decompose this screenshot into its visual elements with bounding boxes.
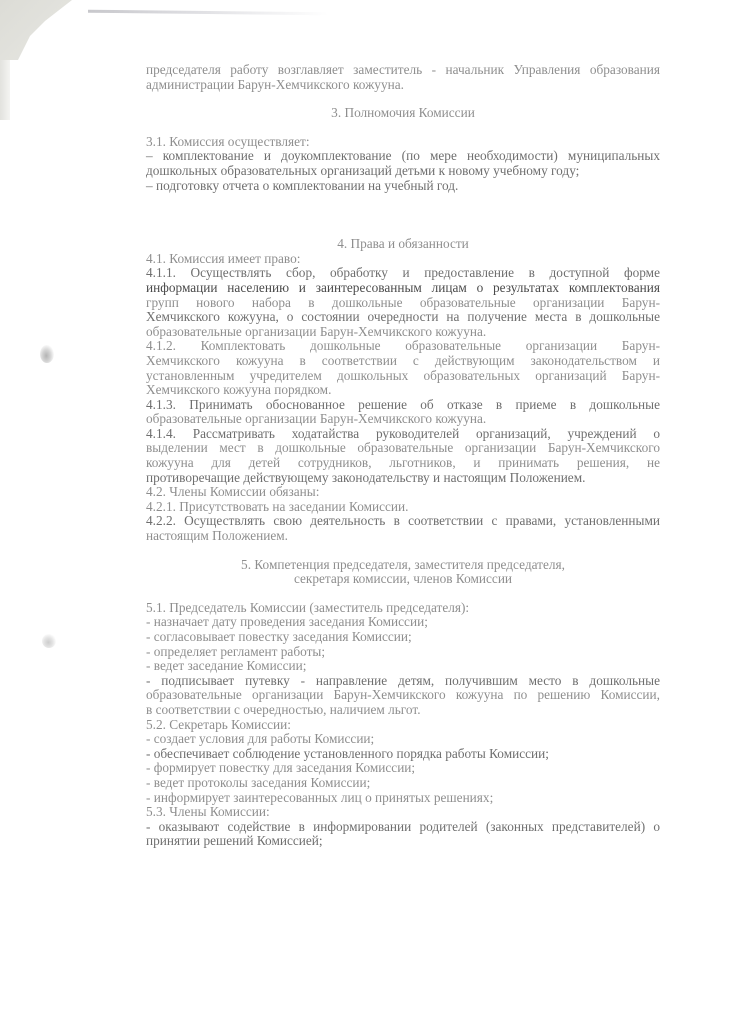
section-4-line-16: противоречащие действующему законодатель…: [146, 471, 660, 486]
section-4-line-20: настоящим Положением.: [146, 529, 660, 544]
section-5-line-6: - подписывает путевку - направление детя…: [146, 674, 660, 689]
section-4-line-2: 4.1.1. Осуществлять сбор, обработку и пр…: [146, 266, 660, 281]
section-4-line-17: 4.2. Члены Комиссии обязаны:: [146, 485, 660, 500]
section-5-line-13: - ведет протоколы заседания Комиссии;: [146, 776, 660, 791]
section-5-line-8: в соответствии с очередностью, наличием …: [146, 703, 660, 718]
section-4-line-1: 4.1. Комиссия имеет право:: [146, 252, 660, 267]
punch-hole-mark-lower: [42, 634, 56, 648]
section-5-heading-line-1: 5. Компетенция председателя, заместителя…: [146, 558, 660, 573]
section-5-line-17: принятии решений Комиссией;: [146, 834, 660, 849]
section-5-line-2: - назначает дату проведения заседания Ко…: [146, 615, 660, 630]
section-5-line-12: - формирует повестку для заседания Комис…: [146, 761, 660, 776]
section-5-line-14: - информирует заинтересованных лиц о при…: [146, 791, 660, 806]
section-4-heading: 4. Права и обязанности: [146, 237, 660, 252]
section-4-line-11: 4.1.3. Принимать обоснованное решение об…: [146, 398, 660, 413]
section-5-line-7: образовательные организации Барун-Хемчик…: [146, 688, 660, 703]
section-5-line-1: 5.1. Председатель Комиссии (заместитель …: [146, 601, 660, 616]
section-5-heading-line-2: секретаря комиссии, членов Комиссии: [146, 572, 660, 587]
section-4-line-19: 4.2.2. Осуществлять свою деятельность в …: [146, 514, 660, 529]
section-5-line-10: - создает условия для работы Комиссии;: [146, 732, 660, 747]
section-4-line-4: групп нового набора в дошкольные образов…: [146, 296, 660, 311]
section-4-line-13: 4.1.4. Рассматривать ходатайства руковод…: [146, 427, 660, 442]
section-5-line-15: 5.3. Члены Комиссии:: [146, 805, 660, 820]
section-4-line-15: кожууна для детей сотрудников, льготнико…: [146, 456, 660, 471]
section-5-line-4: - определяет регламент работы;: [146, 645, 660, 660]
section-4-line-8: Хемчикского кожууна в соответствии с дей…: [146, 354, 660, 369]
section-3-line-4: – подготовку отчета о комплектовании на …: [146, 179, 660, 194]
section-4-line-5: Хемчикского кожууна, о состоянии очередн…: [146, 310, 660, 325]
section-4-line-18: 4.2.1. Присутствовать на заседании Комис…: [146, 500, 660, 515]
section-5-line-11: - обеспечивает соблюдение установленного…: [146, 747, 660, 762]
section-3-heading: 3. Полномочия Комиссии: [146, 106, 660, 121]
section-3-line-3: дошкольных образовательных организаций д…: [146, 164, 660, 179]
section-4-line-14: выделении мест в дошкольные образователь…: [146, 441, 660, 456]
section-4-line-3: информации населению и заинтересованным …: [146, 281, 660, 296]
section-4-line-6: образовательные организации Барун-Хемчик…: [146, 325, 660, 340]
section-4-line-7: 4.1.2. Комплектовать дошкольные образова…: [146, 339, 660, 354]
section-5-line-16: - оказывают содействие в информировании …: [146, 820, 660, 835]
section-3-line-2: – комплектование и доукомплектование (по…: [146, 149, 660, 164]
folded-corner-shadow: [0, 0, 100, 60]
section-4-line-9: установленным учредителем дошкольных обр…: [146, 369, 660, 384]
punch-hole-mark-upper: [40, 345, 54, 363]
scan-streak: [88, 10, 328, 16]
section-3-line-1: 3.1. Комиссия осуществляет:: [146, 135, 660, 150]
intro-line-1: председателя работу возглавляет заместит…: [146, 63, 660, 78]
section-5-line-9: 5.2. Секретарь Комиссии:: [146, 718, 660, 733]
section-5-line-3: - согласовывает повестку заседания Комис…: [146, 630, 660, 645]
scanned-document-page: председателя работу возглавляет заместит…: [0, 0, 745, 1024]
section-4-line-10: Хемчикского кожууна порядком.: [146, 383, 660, 398]
section-4-line-12: образовательные организации Барун-Хемчик…: [146, 412, 660, 427]
document-body: председателя работу возглавляет заместит…: [146, 63, 660, 849]
intro-line-2: администрации Барун-Хемчикского кожууна.: [146, 78, 660, 93]
section-5-line-5: - ведет заседание Комиссии;: [146, 659, 660, 674]
